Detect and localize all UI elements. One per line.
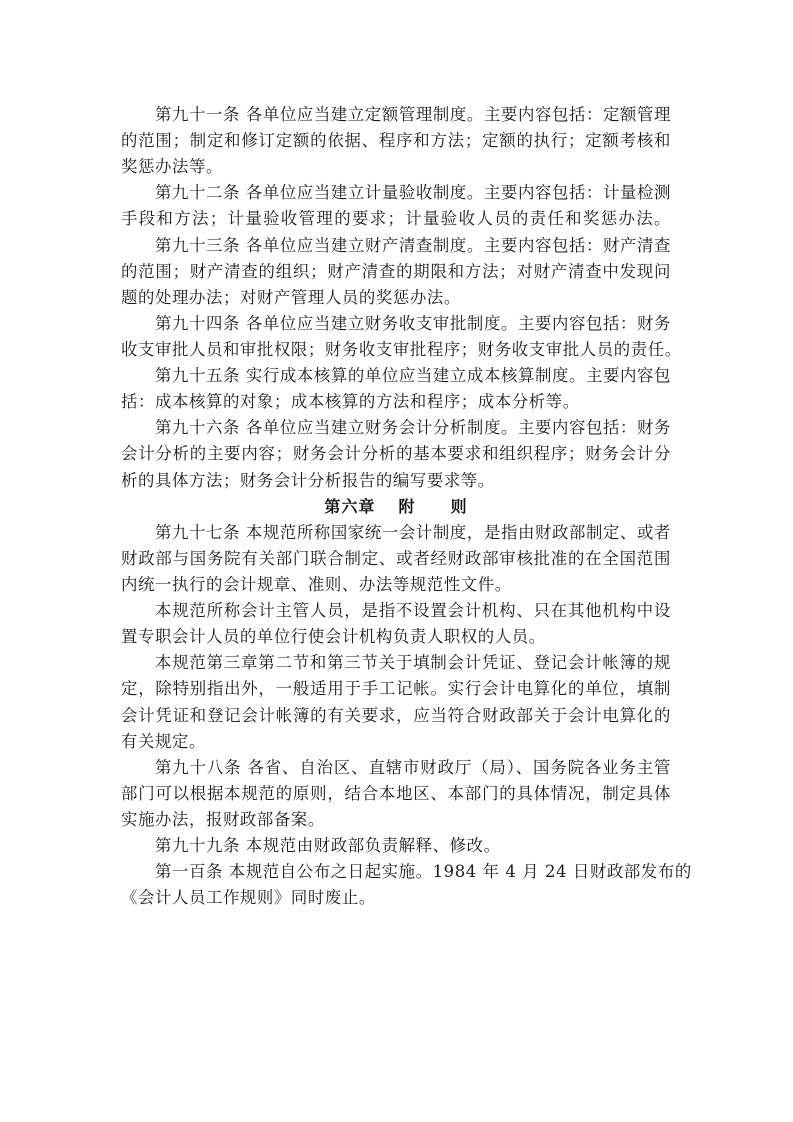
text-line: 有关规定。 [121,729,671,755]
text-line: 手段和方法；计量验收管理的要求；计量验收人员的责任和奖惩办法。 [121,206,671,232]
text-line: 第九十一条 各单位应当建立定额管理制度。主要内容包括：定额管理 [121,102,671,128]
text-line: 的范围；制定和修订定额的依据、程序和方法；定额的执行；定额考核和 [121,128,671,154]
text-line: 内统一执行的会计规章、准则、办法等规范性文件。 [121,572,671,598]
text-line: 第九十七条 本规范所称国家统一会计制度，是指由财政部制定、或者 [121,520,671,546]
text-line: 第九十三条 各单位应当建立财产清查制度。主要内容包括：财产清查 [121,233,671,259]
chapter-title-part1: 附 [398,497,415,516]
document-page: 第九十一条 各单位应当建立定额管理制度。主要内容包括：定额管理 的范围；制定和修… [0,0,793,1122]
text-line: 会计分析的主要内容；财务会计分析的基本要求和组织程序；财务会计分 [121,441,671,467]
text-line: 实施办法，报财政部备案。 [121,807,671,833]
text-line: 部门可以根据本规范的原则，结合本地区、本部门的具体情况，制定具体 [121,781,671,807]
paragraph-article-97: 第九十七条 本规范所称国家统一会计制度，是指由财政部制定、或者 财政部与国务院有… [121,520,671,598]
text-line: 第九十六条 各单位应当建立财务会计分析制度。主要内容包括：财务 [121,415,671,441]
paragraph-article-94: 第九十四条 各单位应当建立财务收支审批制度。主要内容包括：财务 收支审批人员和审… [121,311,671,363]
paragraph-article-91: 第九十一条 各单位应当建立定额管理制度。主要内容包括：定额管理 的范围；制定和修… [121,102,671,180]
paragraph-article-100: 第一百条 本规范自公布之日起实施。1984 年 4 月 24 日财政部发布的 《… [121,859,671,911]
text-line: 第九十四条 各单位应当建立财务收支审批制度。主要内容包括：财务 [121,311,671,337]
text-line: 第一百条 本规范自公布之日起实施。1984 年 4 月 24 日财政部发布的 [121,859,671,885]
text-line: 第九十八条 各省、自治区、直辖市财政厅（局）、国务院各业务主管 [121,755,671,781]
paragraph-article-98: 第九十八条 各省、自治区、直辖市财政厅（局）、国务院各业务主管 部门可以根据本规… [121,755,671,833]
text-line: 第九十五条 实行成本核算的单位应当建立成本核算制度。主要内容包 [121,363,671,389]
paragraph-article-92: 第九十二条 各单位应当建立计量验收制度。主要内容包括：计量检测 手段和方法；计量… [121,180,671,232]
chapter-number: 第六章 [324,497,375,516]
document-body: 第九十一条 各单位应当建立定额管理制度。主要内容包括：定额管理 的范围；制定和修… [121,102,671,911]
paragraph-article-93: 第九十三条 各单位应当建立财产清查制度。主要内容包括：财产清查 的范围；财产清查… [121,233,671,311]
text-line: 《会计人员工作规则》同时废止。 [121,885,671,911]
text-line: 析的具体方法；财务会计分析报告的编写要求等。 [121,468,671,494]
paragraph-article-96: 第九十六条 各单位应当建立财务会计分析制度。主要内容包括：财务 会计分析的主要内… [121,415,671,493]
chapter-title-part2: 则 [451,497,468,516]
text-line: 会计凭证和登记会计帐簿的有关要求，应当符合财政部关于会计电算化的 [121,703,671,729]
paragraph-article-97-part3: 本规范第三章第二节和第三节关于填制会计凭证、登记会计帐簿的规 定，除特别指出外，… [121,650,671,754]
chapter-heading: 第六章 附 则 [121,494,671,520]
text-line: 置专职会计人员的单位行使会计机构负责人职权的人员。 [121,624,671,650]
text-line: 本规范所称会计主管人员，是指不设置会计机构、只在其他机构中设 [121,598,671,624]
text-line: 收支审批人员和审批权限；财务收支审批程序；财务收支审批人员的责任。 [121,337,671,363]
text-line: 财政部与国务院有关部门联合制定、或者经财政部审核批准的在全国范围 [121,546,671,572]
paragraph-article-97-part2: 本规范所称会计主管人员，是指不设置会计机构、只在其他机构中设 置专职会计人员的单… [121,598,671,650]
text-line: 的范围；财产清查的组织；财产清查的期限和方法；对财产清查中发现问 [121,259,671,285]
text-line: 定，除特别指出外，一般适用于手工记帐。实行会计电算化的单位，填制 [121,676,671,702]
paragraph-article-95: 第九十五条 实行成本核算的单位应当建立成本核算制度。主要内容包 括：成本核算的对… [121,363,671,415]
text-line: 括：成本核算的对象；成本核算的方法和程序；成本分析等。 [121,389,671,415]
text-line: 题的处理办法；对财产管理人员的奖惩办法。 [121,285,671,311]
text-line: 第九十九条 本规范由财政部负责解释、修改。 [121,833,671,859]
text-line: 本规范第三章第二节和第三节关于填制会计凭证、登记会计帐簿的规 [121,650,671,676]
paragraph-article-99: 第九十九条 本规范由财政部负责解释、修改。 [121,833,671,859]
text-line: 第九十二条 各单位应当建立计量验收制度。主要内容包括：计量检测 [121,180,671,206]
text-line: 奖惩办法等。 [121,154,671,180]
